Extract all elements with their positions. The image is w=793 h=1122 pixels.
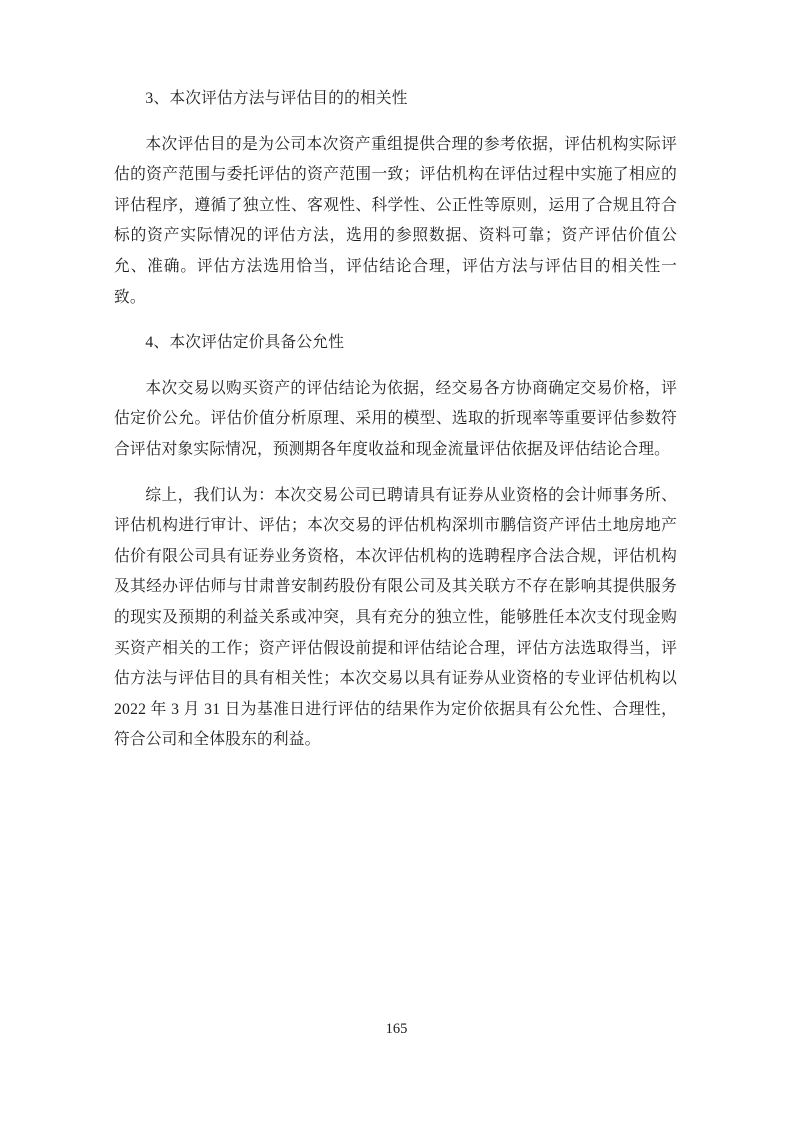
section-heading-3: 3、本次评估方法与评估目的的相关性 (114, 84, 677, 115)
paragraph-pricing-fairness: 本次交易以购买资产的评估结论为依据，经交易各方协商确定交易价格，评估定价公允。评… (114, 374, 677, 466)
paragraph-evaluation-method: 本次评估目的是为公司本次资产重组提供合理的参考依据，评估机构实际评估的资产范围与… (114, 130, 677, 314)
document-content: 3、本次评估方法与评估目的的相关性 本次评估目的是为公司本次资产重组提供合理的参… (114, 84, 677, 756)
page-number: 165 (0, 1020, 793, 1038)
section-heading-4: 4、本次评估定价具备公允性 (114, 328, 677, 359)
paragraph-conclusion: 综上，我们认为：本次交易公司已聘请具有证券从业资格的会计师事务所、评估机构进行审… (114, 481, 677, 756)
document-page: 3、本次评估方法与评估目的的相关性 本次评估目的是为公司本次资产重组提供合理的参… (0, 0, 793, 1122)
